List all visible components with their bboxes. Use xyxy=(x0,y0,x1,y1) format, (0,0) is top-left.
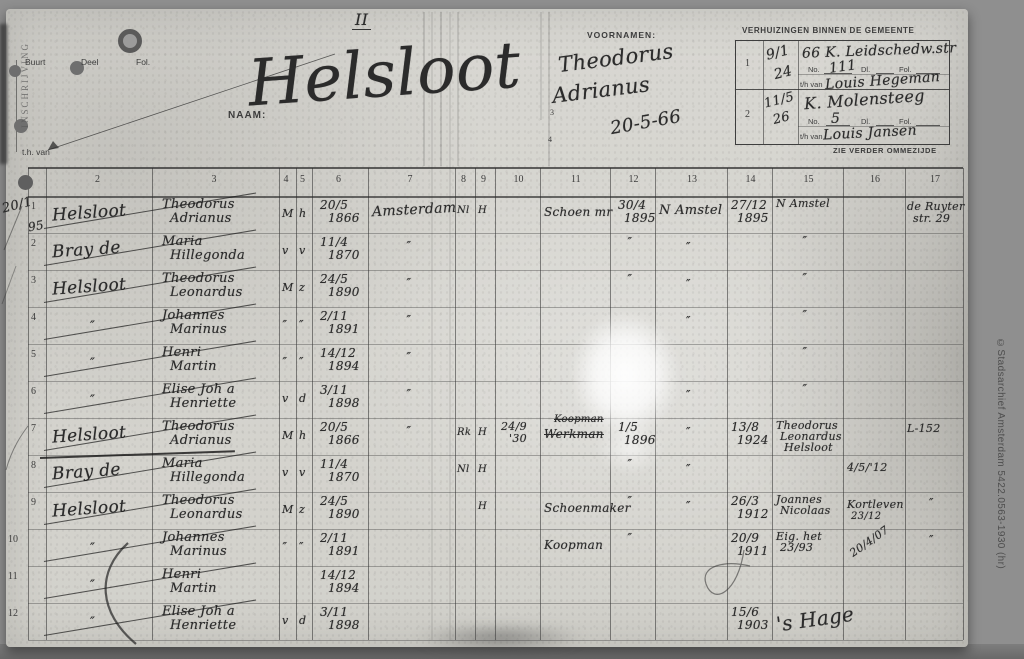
col-number: 8 xyxy=(461,174,466,185)
cell-c17b: str. 29 xyxy=(913,212,950,225)
table-rule xyxy=(495,168,496,640)
cell-d12a: 1/5 xyxy=(618,420,638,434)
table-rule xyxy=(540,168,541,640)
table-rule xyxy=(312,168,313,640)
cell-c5: ″ xyxy=(299,540,304,554)
cell-c4: ″ xyxy=(283,318,288,332)
cell-gd1: 3/11 xyxy=(320,383,348,397)
cell-vn2: Henriette xyxy=(170,618,236,633)
cell-gd2: 1898 xyxy=(328,618,360,632)
cell-c13: ″ xyxy=(686,388,691,402)
cell-beroep: Schoen mr xyxy=(544,205,612,219)
row-number: 8 xyxy=(31,460,36,471)
cell-c5: h xyxy=(299,207,306,220)
cell-d14b: 1912 xyxy=(737,507,769,521)
cell-c5: v xyxy=(299,244,306,257)
table-rule xyxy=(772,168,773,640)
cell-c13: ″ xyxy=(686,425,691,439)
col-number: 3 xyxy=(212,174,217,185)
voornamen-label: VOORNAMEN: xyxy=(587,30,656,40)
cell-vn2: Marinus xyxy=(170,322,227,337)
blank-line xyxy=(824,65,852,74)
cell-beroep: Werkman xyxy=(544,427,604,441)
cell-vn2: Martin xyxy=(170,581,217,596)
cell-gd1: 14/12 xyxy=(320,346,356,360)
ommezijde-note: ZIE VERDER OMMEZIJDE xyxy=(833,146,937,155)
cell-gd1: 11/4 xyxy=(320,235,348,249)
col-number: 4 xyxy=(284,174,289,185)
cell-c9: H xyxy=(478,464,487,475)
cell-c10b: '30 xyxy=(509,432,527,445)
cell-d14a: 27/12 xyxy=(731,198,767,212)
move-date: 11/5 xyxy=(763,90,796,112)
col-number: 16 xyxy=(870,174,880,185)
voornamen-line-number: 4 xyxy=(548,135,552,144)
col-number: 17 xyxy=(930,174,940,185)
cell-vn2: Adrianus xyxy=(170,433,232,448)
cell-vn2: Martin xyxy=(170,359,217,374)
cell-c16a: 4/5/'12 xyxy=(847,461,888,474)
deel-label: Deel xyxy=(81,57,98,67)
cell-gp: ″ xyxy=(407,387,412,401)
verhuizingen-title: VERHUIZINGEN BINNEN DE GEMEENTE xyxy=(742,26,914,35)
row-number: 12 xyxy=(8,608,18,619)
th-label: t/h van xyxy=(800,132,823,141)
cell-c15b: Nicolaas xyxy=(780,504,831,517)
voornamen-line-number: 3 xyxy=(550,108,554,117)
cell-gd2: 1890 xyxy=(328,507,360,521)
table-rule xyxy=(296,168,297,640)
cell-c4: M xyxy=(282,503,294,516)
dl-label: Dl. xyxy=(861,65,870,74)
cell-c5: ″ xyxy=(299,318,304,332)
table-rule xyxy=(727,168,728,640)
cell-d12b: 1896 xyxy=(624,433,656,447)
move-row-number: 2 xyxy=(745,109,750,120)
cell-c9: H xyxy=(478,205,487,216)
cell-c5: v xyxy=(299,466,306,479)
col-number: 5 xyxy=(300,174,305,185)
cell-d14b: 1895 xyxy=(737,211,769,225)
cell-c5: d xyxy=(299,614,306,627)
cell-d14b: 1924 xyxy=(737,433,769,447)
cell-vn1: Elise Joh a xyxy=(162,604,235,619)
cell-c9: H xyxy=(478,501,487,512)
row-number: 6 xyxy=(31,386,36,397)
row-number: 4 xyxy=(31,312,36,323)
col-number: 13 xyxy=(687,174,697,185)
col-number: 10 xyxy=(514,174,524,185)
row-number: 10 xyxy=(8,534,18,545)
cell-vn2: Adrianus xyxy=(170,211,232,226)
cell-vn1: Theodorus xyxy=(162,271,235,286)
scan-smudge xyxy=(415,624,585,652)
cell-c16a: Kortleven xyxy=(847,498,904,511)
cell-c4: v xyxy=(282,466,289,479)
cell-c15c: Helsloot xyxy=(784,441,833,454)
cell-c15a: N Amstel xyxy=(776,197,830,210)
cell-gd2: 1870 xyxy=(328,248,360,262)
cell-gp: ″ xyxy=(407,276,412,290)
col-number: 6 xyxy=(336,174,341,185)
cell-vn2: Leonardus xyxy=(170,507,243,522)
cell-c5: ″ xyxy=(299,355,304,369)
table-rule xyxy=(963,168,964,640)
cell-gd2: 1894 xyxy=(328,359,360,373)
th-label: t/h van xyxy=(800,80,823,89)
table-rule xyxy=(279,168,280,640)
cell-gd1: 14/12 xyxy=(320,568,356,582)
cell-c13: ″ xyxy=(686,240,691,254)
cell-c13: ″ xyxy=(686,462,691,476)
cell-gd1: 24/5 xyxy=(320,272,348,286)
move-date: 9/1 xyxy=(764,42,791,63)
cell-c13: ″ xyxy=(686,499,691,513)
cell-d14a: 20/9 xyxy=(731,531,759,545)
cell-c13: ″ xyxy=(686,277,691,291)
cell-d12a: ″ xyxy=(628,457,633,471)
scanned-register-page: INSCHRIJVING Buurt Deel Fol. t.h. van II… xyxy=(0,0,1024,659)
cell-d14b: 1911 xyxy=(737,544,769,558)
table-rule xyxy=(28,168,29,640)
cell-c15a: ″ xyxy=(803,382,808,396)
row-number: 7 xyxy=(31,423,36,434)
cell-c4: M xyxy=(282,429,294,442)
col-number: 15 xyxy=(804,174,814,185)
cell-d14a: 13/8 xyxy=(731,420,759,434)
cell-gd2: 1866 xyxy=(328,211,360,225)
cell-c4: ″ xyxy=(283,540,288,554)
cell-gd2: 1890 xyxy=(328,285,360,299)
cell-gp: ″ xyxy=(407,313,412,327)
blank-line xyxy=(916,117,940,126)
col-number: 11 xyxy=(571,174,581,185)
cell-gd1: 20/5 xyxy=(320,198,348,212)
cell-vn2: Marinus xyxy=(170,544,227,559)
cell-vn1: Theodorus xyxy=(162,419,235,434)
cell-gd1: 2/11 xyxy=(320,309,348,323)
no-label: No. xyxy=(808,65,820,74)
table-rule xyxy=(368,168,369,640)
table-rule xyxy=(455,168,456,640)
cell-c4: v xyxy=(282,392,289,405)
move-date: 24 xyxy=(772,63,794,83)
cell-gp: ″ xyxy=(407,424,412,438)
move-date: 26 xyxy=(771,109,791,128)
cell-c13: N Amstel xyxy=(659,203,722,218)
archive-watermark: ©Stadsarchief Amsterdam 5422.0563-1930 (… xyxy=(995,338,1006,643)
move-row-number: 1 xyxy=(745,58,750,69)
col-number: 14 xyxy=(746,174,756,185)
cell-c15a: ″ xyxy=(803,308,808,322)
cell-gd2: 1898 xyxy=(328,396,360,410)
verhuizingen-box: 1 9/1 24 66 K. Leidschedw.str No. 111 Dl… xyxy=(735,40,950,145)
box-rule xyxy=(798,41,799,144)
move-street: 66 K. Leidschedw.str xyxy=(802,40,957,61)
cell-d12a: 30/4 xyxy=(618,198,646,212)
cell-c8: Rk xyxy=(457,427,471,438)
cell-d12a: ″ xyxy=(628,531,633,545)
cell-c13: ″ xyxy=(686,314,691,328)
margin-note: 95 xyxy=(27,218,45,235)
cell-d12a: ″ xyxy=(628,235,633,249)
cell-c17a: ″ xyxy=(929,496,934,510)
cell-c4: v xyxy=(282,614,289,627)
cell-c15a: ″ xyxy=(803,345,808,359)
cell-beroep: Schoenmaker xyxy=(544,501,631,515)
cell-c4: ″ xyxy=(283,355,288,369)
cell-vn2: Hillegonda xyxy=(170,248,245,263)
cell-c9: H xyxy=(478,427,487,438)
cell-c16b: 23/12 xyxy=(851,511,881,522)
cell-c17a: ″ xyxy=(929,533,934,547)
th-van-label: t.h. van xyxy=(22,147,50,157)
cell-c15a: ″ xyxy=(803,234,808,248)
cell-d14b: 1903 xyxy=(737,618,769,632)
col-number: 9 xyxy=(481,174,486,185)
registry-stamp: INSCHRIJVING xyxy=(20,24,30,146)
cell-gd1: 20/5 xyxy=(320,420,348,434)
row-number: 2 xyxy=(31,238,36,249)
cell-c15b: 23/93 xyxy=(780,541,813,554)
cell-gd1: 11/4 xyxy=(320,457,348,471)
cell-c8: Nl xyxy=(457,464,470,475)
cell-vn2: Henriette xyxy=(170,396,236,411)
cell-gd2: 1891 xyxy=(328,322,360,336)
box-rule xyxy=(763,41,764,144)
table-rule xyxy=(475,168,476,640)
row-number: 1 xyxy=(31,201,36,212)
roman-numeral: II xyxy=(352,10,371,30)
row-number: 9 xyxy=(31,497,36,508)
row-number: 5 xyxy=(31,349,36,360)
cell-c5: d xyxy=(299,392,306,405)
cell-c17a: L-152 xyxy=(907,422,941,435)
cell-gd1: 3/11 xyxy=(320,605,348,619)
cell-c5: z xyxy=(299,281,305,294)
cell-c5: h xyxy=(299,429,306,442)
row-number: 11 xyxy=(8,571,18,582)
cell-gd2: 1894 xyxy=(328,581,360,595)
cell-vn2: Leonardus xyxy=(170,285,243,300)
cell-d14a: 26/3 xyxy=(731,494,759,508)
cell-d12a: ″ xyxy=(628,272,633,286)
cell-vn1: Theodorus xyxy=(162,493,235,508)
blank-line xyxy=(826,117,850,126)
cell-gd1: 2/11 xyxy=(320,531,348,545)
cell-vn2: Hillegonda xyxy=(170,470,245,485)
cell-d14a: 15/6 xyxy=(731,605,759,619)
no-label: No. xyxy=(808,117,820,126)
cell-d12b: 1895 xyxy=(624,211,656,225)
fol-label: Fol. xyxy=(136,57,150,67)
cell-vn1: Theodorus xyxy=(162,197,235,212)
table-rule xyxy=(28,167,963,169)
cell-vn1: Elise Joh a xyxy=(162,382,235,397)
scan-left-edge xyxy=(0,24,7,164)
cell-gd1: 24/5 xyxy=(320,494,348,508)
table-rule xyxy=(843,168,844,640)
cell-beroep: Koopman xyxy=(544,538,603,552)
table-rule xyxy=(152,168,153,640)
col-number: 2 xyxy=(95,174,100,185)
col-number: 7 xyxy=(408,174,413,185)
cell-b2: Koopman xyxy=(554,414,604,425)
table-rule xyxy=(46,168,47,640)
cell-c4: v xyxy=(282,244,289,257)
cell-c4: M xyxy=(282,207,294,220)
col-number: 12 xyxy=(629,174,639,185)
row-number: 3 xyxy=(31,275,36,286)
punch-hole xyxy=(18,175,33,190)
cell-gd2: 1866 xyxy=(328,433,360,447)
punch-hole xyxy=(118,29,142,53)
cell-d12a: ″ xyxy=(628,494,633,508)
cell-gp: ″ xyxy=(407,350,412,364)
cell-gd2: 1891 xyxy=(328,544,360,558)
cell-c5: z xyxy=(299,503,305,516)
cell-c8: Nl xyxy=(457,205,470,216)
buurt-label: Buurt xyxy=(25,57,45,67)
cell-c4: M xyxy=(282,281,294,294)
table-rule xyxy=(905,168,906,640)
cell-c15a: ″ xyxy=(803,271,808,285)
cell-gd2: 1870 xyxy=(328,470,360,484)
cell-gp: ″ xyxy=(407,239,412,253)
